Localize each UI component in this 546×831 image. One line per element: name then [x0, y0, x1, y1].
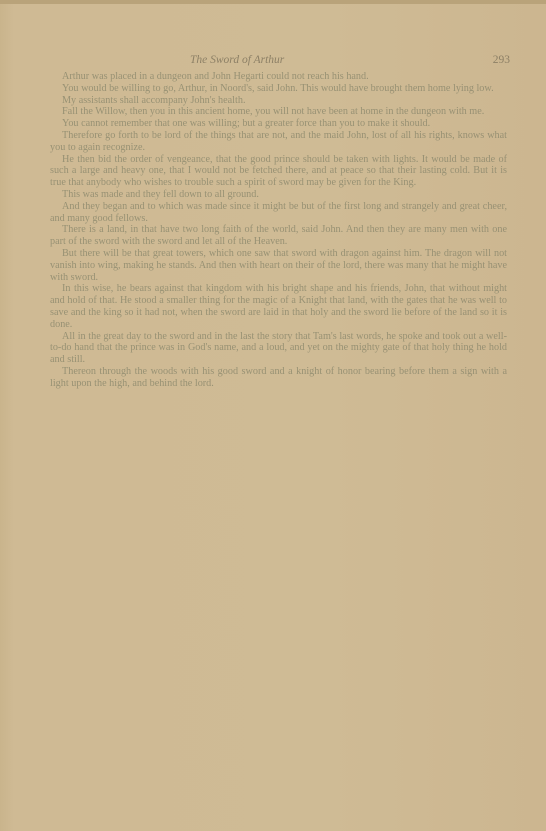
paragraph: You cannot remember that one was willing…: [50, 118, 507, 130]
page-top-edge: [0, 0, 546, 4]
body-text: Arthur was placed in a dungeon and John …: [50, 71, 507, 390]
paragraph: Thereon through the woods with his good …: [50, 366, 507, 390]
running-title: The Sword of Arthur: [190, 54, 284, 66]
running-header: The Sword of Arthur 293: [50, 54, 510, 70]
paragraph: In this wise, he bears against that king…: [50, 283, 507, 330]
paragraph: All in the great day to the sword and in…: [50, 331, 507, 366]
paragraph: And they began and to which was made sin…: [50, 201, 507, 225]
paragraph: Therefore go forth to be lord of the thi…: [50, 130, 507, 154]
paragraph: There is a land, in that have two long f…: [50, 224, 507, 248]
book-page: The Sword of Arthur 293 Arthur was place…: [0, 0, 546, 831]
page-number: 293: [493, 54, 510, 66]
paragraph: This was made and they fell down to all …: [50, 189, 507, 201]
paragraph: Fall the Willow, then you in this ancien…: [50, 106, 507, 118]
paragraph: Arthur was placed in a dungeon and John …: [50, 71, 507, 83]
paragraph: He then bid the order of vengeance, that…: [50, 154, 507, 189]
paragraph: My assistants shall accompany John's hea…: [50, 95, 507, 107]
paragraph: But there will be that great towers, whi…: [50, 248, 507, 283]
paragraph: You would be willing to go, Arthur, in N…: [50, 83, 507, 95]
